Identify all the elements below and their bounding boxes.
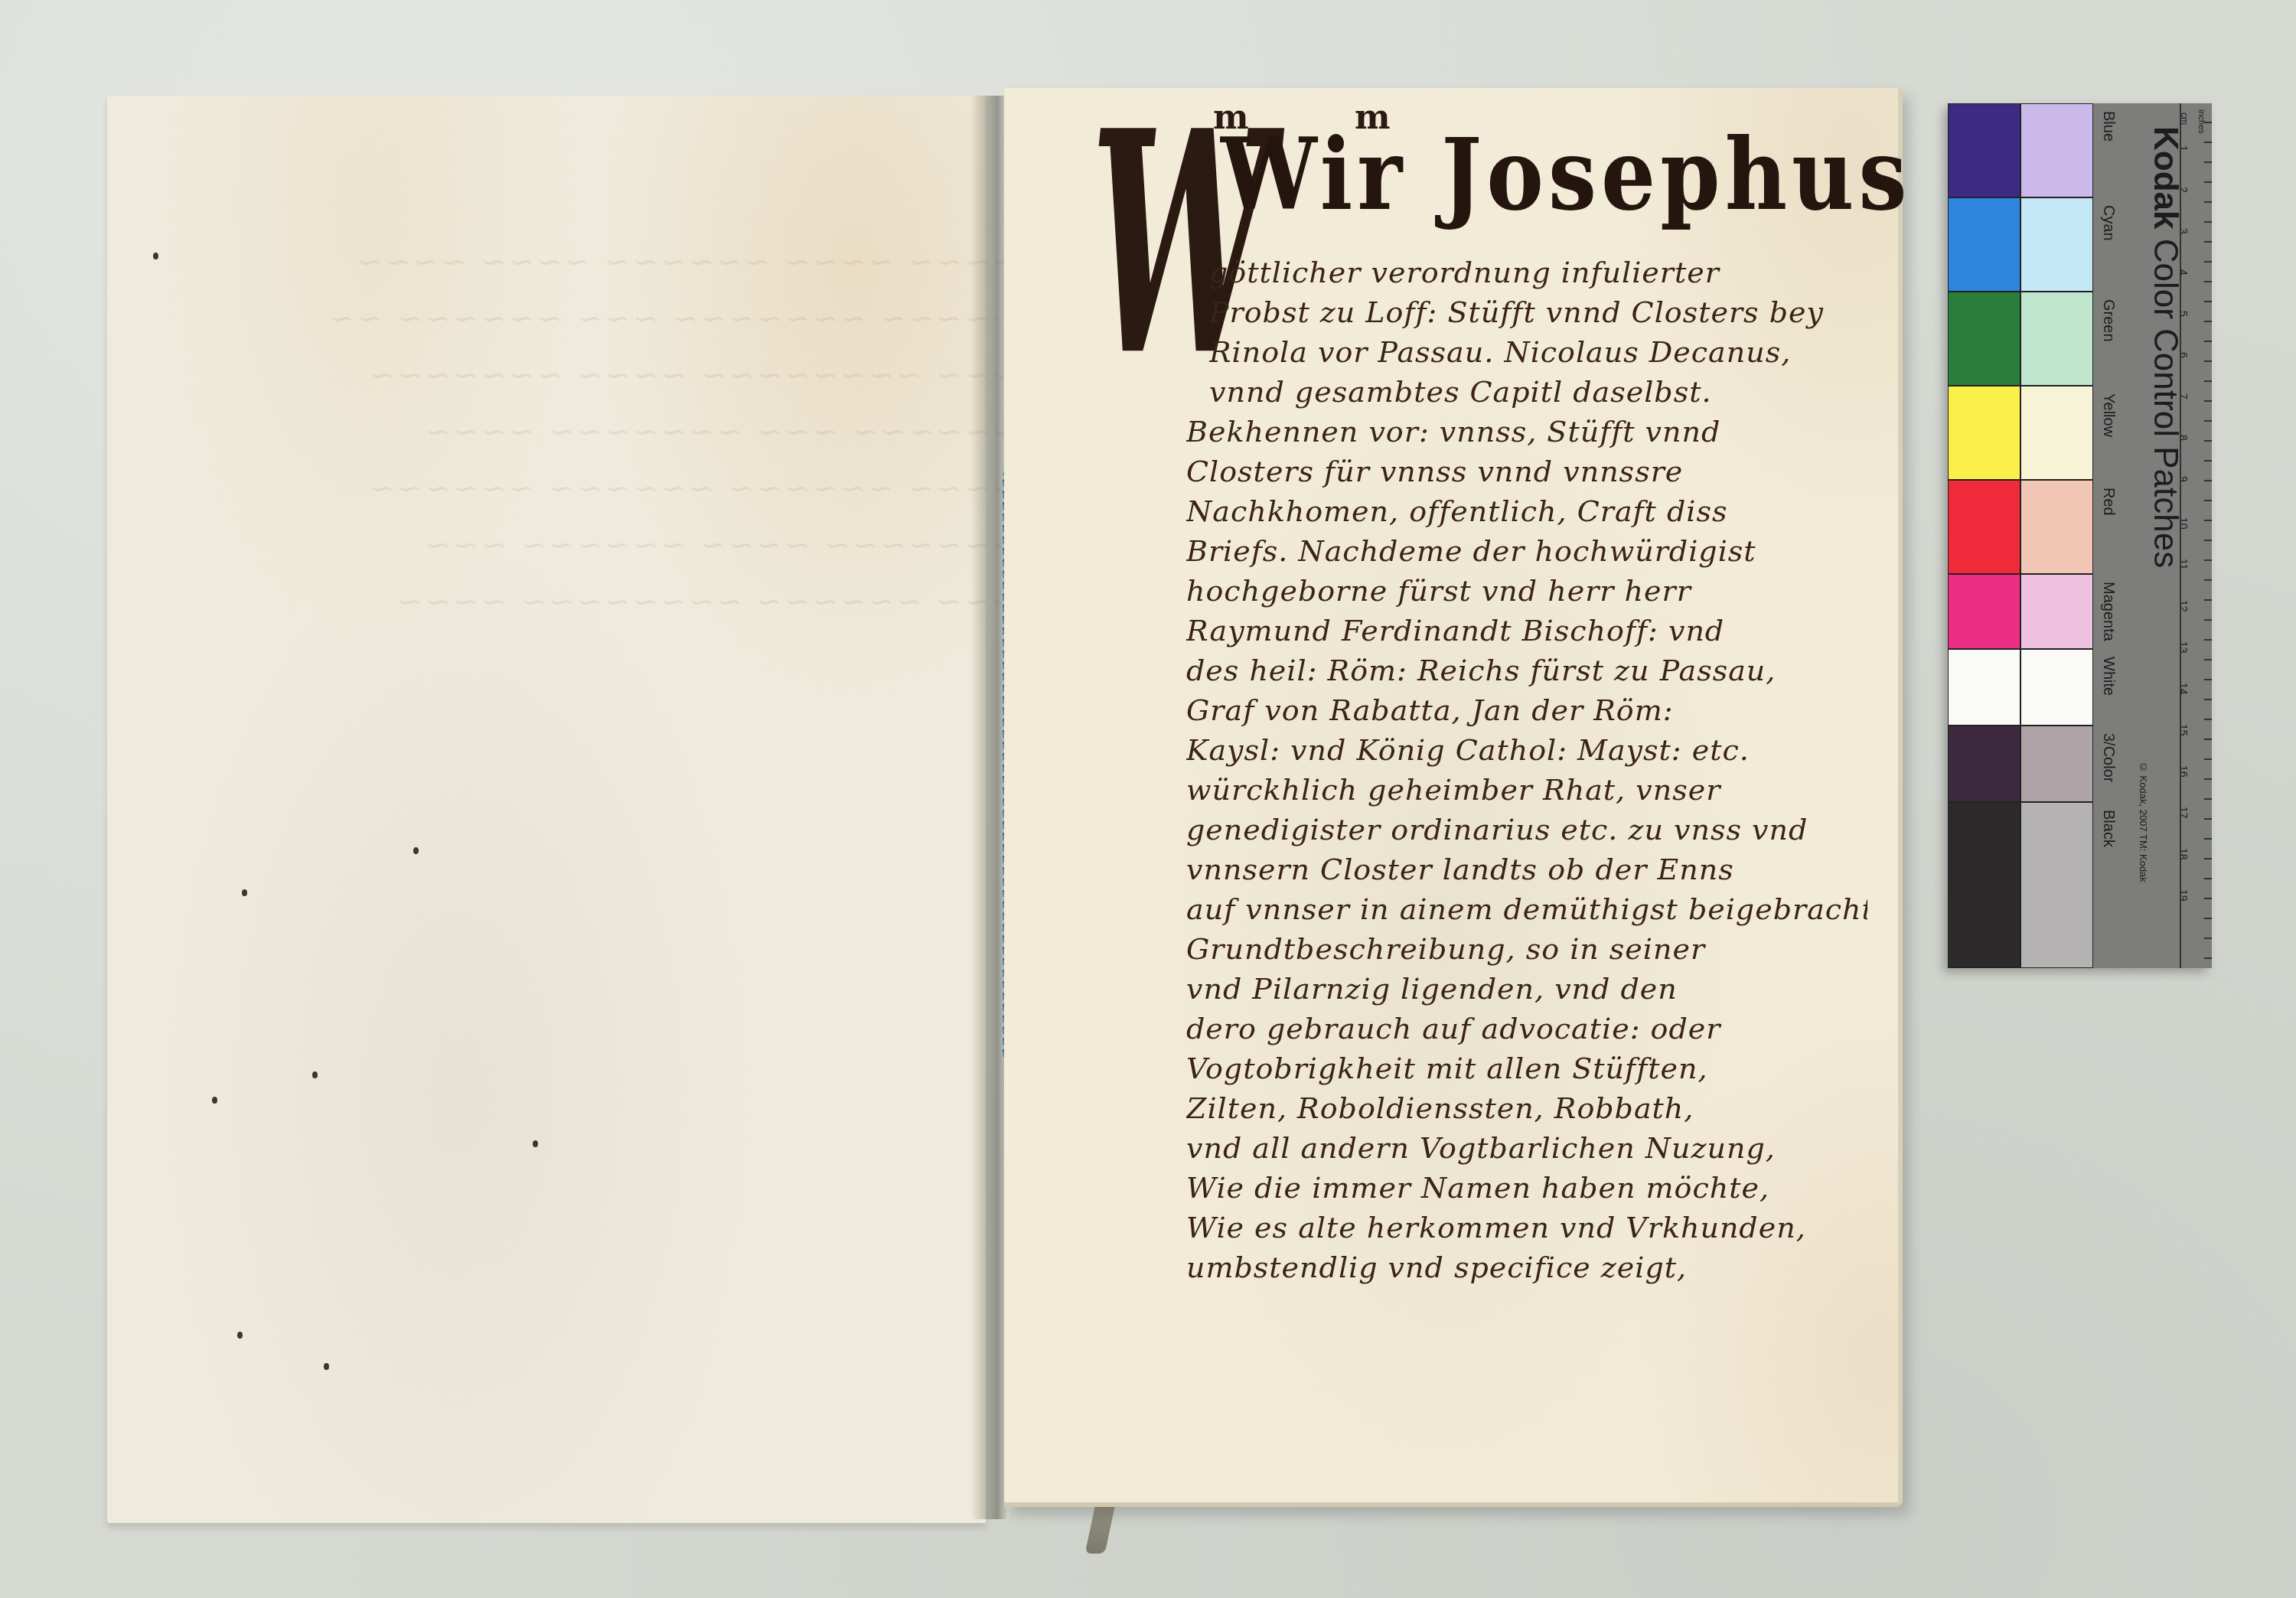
ink-speck xyxy=(324,1363,329,1370)
manuscript-line: vnnd gesambtes Capitl daselbst. xyxy=(1209,372,1867,412)
patch-green-light xyxy=(2020,292,2093,386)
manuscript-line: Bekhennen vor: vnnss, Stüfft vnnd xyxy=(1186,412,1867,452)
patch-green-dark xyxy=(1948,292,2020,386)
manuscript-line: Rinola vor Passau. Nicolaus Decanus, xyxy=(1209,332,1867,372)
manuscript-line: würckhlich geheimber Rhat, vnser xyxy=(1186,770,1867,810)
patch-label: Cyan xyxy=(2099,205,2117,241)
patch-black-light xyxy=(2020,802,2093,968)
patch-white-light xyxy=(2020,649,2093,726)
manuscript-line: Zilten, Roboldienssten, Robbath, xyxy=(1186,1088,1867,1128)
patch-black-dark xyxy=(1948,802,2020,968)
patch-magenta-light xyxy=(2020,574,2093,649)
manuscript-line: genedigister ordinarius etc. zu vnss vnd xyxy=(1186,810,1867,850)
ink-speck xyxy=(533,1140,538,1147)
manuscript-line: Grundtbeschreibung, so in seiner xyxy=(1186,929,1867,969)
ink-speck xyxy=(413,847,419,854)
patch-label: Green xyxy=(2099,299,2117,342)
manuscript-line: dero gebrauch auf advocatie: oder xyxy=(1186,1009,1867,1048)
manuscript-line: vnd Pilarnzig ligenden, vnd den xyxy=(1186,969,1867,1009)
patch-magenta-dark xyxy=(1948,574,2020,649)
manuscript-line: Closters für vnnss vnnd vnnssre xyxy=(1186,452,1867,491)
patch-3-color-light xyxy=(2020,726,2093,802)
manuscript-line: auf vnnser in ainem demüthigst beigebrac… xyxy=(1186,889,1867,929)
manuscript-line: Kaysl: vnd König Cathol: Mayst: etc. xyxy=(1186,730,1867,770)
left-page: ~~~~ ~~~~ ~~~~~~ ~~~~ ~~~~ ~~~~~ ~~~~~~~… xyxy=(107,96,986,1523)
manuscript-line: Briefs. Nachdeme der hochwürdigist xyxy=(1186,531,1867,571)
patch-yellow-light xyxy=(2020,386,2093,480)
kodak-copyright: © Kodak, 2007 TM: Kodak xyxy=(2138,761,2149,882)
manuscript-line: Wie es alte herkommen vnd Vrkhunden, xyxy=(1186,1208,1867,1247)
patch-label: Blue xyxy=(2099,111,2117,142)
patch-yellow-dark xyxy=(1948,386,2020,480)
kodak-brand: Kodak xyxy=(2147,126,2184,229)
kodak-color-target: Kodak Color Control Patches BlueCyanGree… xyxy=(1948,103,2212,968)
manuscript-line: Nachkhomen, offentlich, Craft diss xyxy=(1186,491,1867,531)
manuscript-line: Graf von Rabatta, Jan der Röm: xyxy=(1186,690,1867,730)
manuscript-line: Probst zu Loff: Stüfft vnnd Closters bey xyxy=(1209,292,1867,332)
patch-blue-dark xyxy=(1948,103,2020,197)
patch-red-dark xyxy=(1948,480,2020,574)
patch-cyan-light xyxy=(2020,197,2093,292)
manuscript-line: Vogtobrigkheit mit allen Stüfften, xyxy=(1186,1048,1867,1088)
patch-blue-light xyxy=(2020,103,2093,197)
manuscript-line: vnnsern Closter landts ob der Enns xyxy=(1186,850,1867,889)
target-label-band: Kodak Color Control Patches BlueCyanGree… xyxy=(2093,103,2212,968)
ink-speck xyxy=(153,253,158,259)
patch-label: Black xyxy=(2099,810,2117,847)
patch-white-dark xyxy=(1948,649,2020,726)
patch-red-light xyxy=(2020,480,2093,574)
ink-speck xyxy=(237,1332,243,1339)
manuscript-line: göttlicher verordnung infulierter xyxy=(1209,253,1867,292)
manuscript-heading: W m m Wir Josephus aus xyxy=(1091,92,1871,260)
manuscript-line: hochgeborne fürst vnd herr herr xyxy=(1186,571,1867,611)
patch-cyan-dark xyxy=(1948,197,2020,292)
ink-speck xyxy=(312,1071,318,1078)
manuscript-body: göttlicher verordnung infulierterProbst … xyxy=(1209,253,1867,1287)
patch-label: Yellow xyxy=(2099,393,2117,437)
patch-label: White xyxy=(2099,657,2117,696)
manuscript-line: des heil: Röm: Reichs fürst zu Passau, xyxy=(1186,651,1867,690)
bleed-through-text: ~~~~ ~~~~ ~~~~~~ ~~~~ ~~~~ ~~~~~ ~~~~~~~… xyxy=(253,233,1018,630)
manuscript-line: vnd all andern Vogtbarlichen Nuzung, xyxy=(1186,1128,1867,1168)
manuscript-line: Raymund Ferdinandt Bischoff: vnd xyxy=(1186,611,1867,651)
patch-3-color-dark xyxy=(1948,726,2020,802)
ink-speck xyxy=(242,889,247,896)
patch-label: Red xyxy=(2099,488,2117,516)
manuscript-line: Wie die immer Namen haben möchte, xyxy=(1186,1168,1867,1208)
patch-label: 3/Color xyxy=(2099,733,2117,782)
patch-label: Magenta xyxy=(2099,582,2117,641)
ink-speck xyxy=(212,1097,217,1104)
manuscript-line: umbstendlig vnd specifice zeigt, xyxy=(1186,1247,1867,1287)
ruler-scale xyxy=(2180,103,2212,968)
